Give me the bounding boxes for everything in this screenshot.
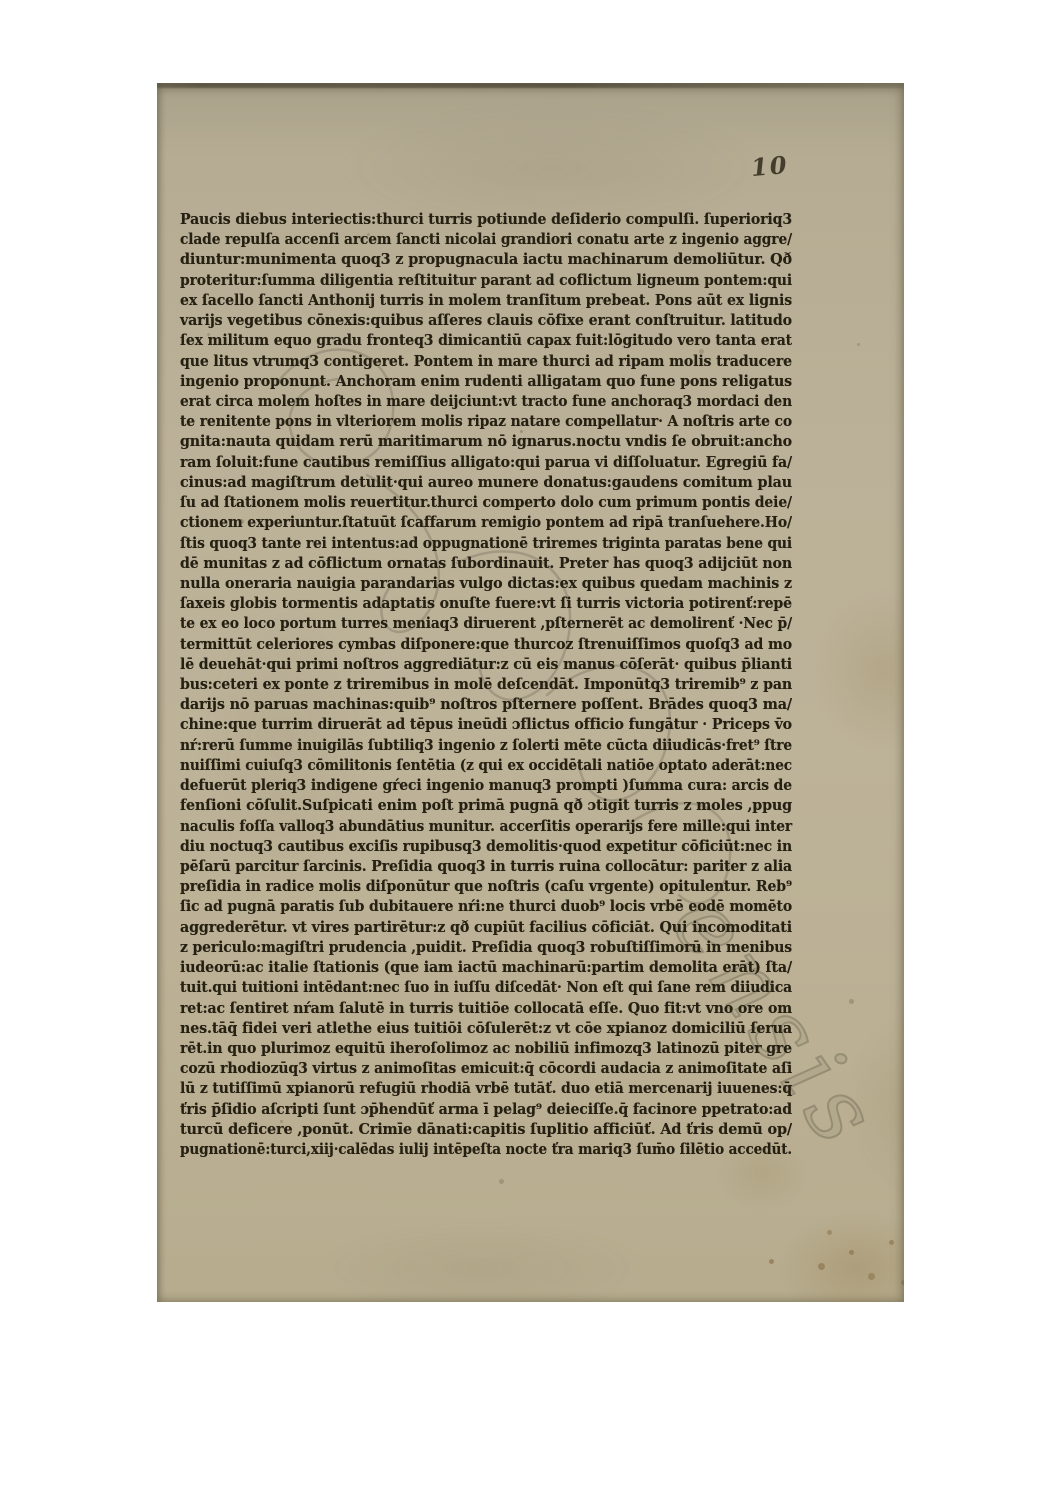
text-line: cinus:ad magiſtrum detulit·qui aureo mun… [180,472,792,492]
text-line: que litus vtrumq3 contigeret. Pontem in … [180,351,792,371]
text-line: lū z tutiſſimū xpianorū refugiū rhodiā v… [180,1078,792,1098]
text-line: ſex militum equo gradu fronteq3 dimicant… [180,330,792,350]
text-line: cozū rhodiozūq3 virtus z animoſitas emic… [180,1058,792,1078]
text-line: chine:que turrim diruerāt ad tēpus ineūd… [180,714,792,734]
text-line: nulla oneraria nauigia parandarias vulgo… [180,573,792,593]
text-line: clade repulſa accenſi arcem ſancti nicol… [180,229,792,249]
text-line: ſaxeis globis tormentis adaptatis onuſte… [180,593,792,613]
foxing-specks [157,83,160,86]
text-line: ret:ac ſentiret nŕam ſalutē in turris tu… [180,998,792,1018]
book-page: ensis 10 Paucis diebus interiectis:thurc… [157,83,904,1302]
text-line: Paucis diebus interiectis:thurci turris … [180,209,792,229]
text-line: te renitente pons in vlteriorem molis ri… [180,411,792,431]
text-line: termittūt celeriores cymbas diſponere:qu… [180,634,792,654]
text-line: naculis foſſa valloq3 abundātius munitur… [180,816,792,836]
text-line: iudeorū:ac italie ſtationis (que iam iac… [180,957,792,977]
scan-background: ensis 10 Paucis diebus interiectis:thurc… [0,0,1060,1500]
text-line: pugnationē:turci,xiij·calēdas iulij intē… [180,1139,792,1159]
text-line: tuit.qui tuitioni intēdant:nec ſuo in iu… [180,977,792,997]
text-line: preſidia in radice molis diſponūtur que … [180,876,792,896]
text-line: te ex eo loco portum turres meniaq3 diru… [180,613,792,633]
text-line: ſtis quoq3 tante rei intentus:ad oppugna… [180,533,792,553]
text-line: ctionem experiuntur.ſtatuūt ſcaffarum re… [180,512,792,532]
stain [777,1213,904,1302]
text-line: nŕ:rerū ſumme inuigilās ſubtiliq3 ingeni… [180,735,792,755]
text-line: nes.tāq̄ fidei veri atlethe eius tuitiōi… [180,1018,792,1038]
folio-number: 10 [750,149,802,182]
text-line: ram ſoluit:fune cautibus remiſſius allig… [180,452,792,472]
text-line: z periculo:magiſtri prudencia ,puidit. P… [180,937,792,957]
text-line: proteritur:ſumma diligentia reſtituitur … [180,270,792,290]
text-line: ťris p̄ſidio aſcripti ſunt ɔp̄hendūť arm… [180,1099,792,1119]
text-line: ſu ad ſtationem molis reuertitur.thurci … [180,492,792,512]
text-line: dē munitas z ad cōflictum ornatas ſubord… [180,553,792,573]
text-line: varijs vegetibus cōnexis:quibus aſſeres … [180,310,792,330]
stain [812,588,904,753]
stain [317,1223,647,1302]
text-block: Paucis diebus interiectis:thurci turris … [180,209,792,1159]
text-line: darijs nō paruas machinas:quib⁹ noſtros … [180,694,792,714]
page-edge-shadow [157,83,904,88]
text-line: ingenio proponunt. Anchoram enim rudenti… [180,371,792,391]
text-line: rēt.in quo plurimoz equitū iheroſolimoz … [180,1038,792,1058]
text-line: pēſarū parcitur ſarcinis. Preſidia quoq3… [180,856,792,876]
text-line: lē deuehāt·qui primi noſtros aggrediātur… [180,654,792,674]
text-line: gnita:nauta quidam rerū maritimarum nō i… [180,431,792,451]
text-line: turcū deficere ,ponūt. Crimīe dānati:cap… [180,1119,792,1139]
text-line: aggrederētur. vt vires partirētur:z qð c… [180,917,792,937]
text-line: nuiſſimi cuiuſq3 cōmilitonis ſentētia (z… [180,755,792,775]
text-line: ſic ad pugnā paratis ſub dubitauere nŕi:… [180,896,792,916]
text-line: ex ſacello ſancti Anthonij turris in mol… [180,290,792,310]
text-line: defuerūt pleriq3 indigene gŕeci ingenio … [180,775,792,795]
text-line: diu noctuq3 cautibus exciſis rupibusq3 d… [180,836,792,856]
text-line: erat circa molem hoſtes in mare deijciun… [180,391,792,411]
text-line: bus:ceteri ex ponte z triremibus in molē… [180,674,792,694]
text-line: diuntur:munimenta quoq3 z propugnacula i… [180,249,792,269]
text-line: fenſioni cōſulit.Suſpicati enim poſt pri… [180,795,792,815]
